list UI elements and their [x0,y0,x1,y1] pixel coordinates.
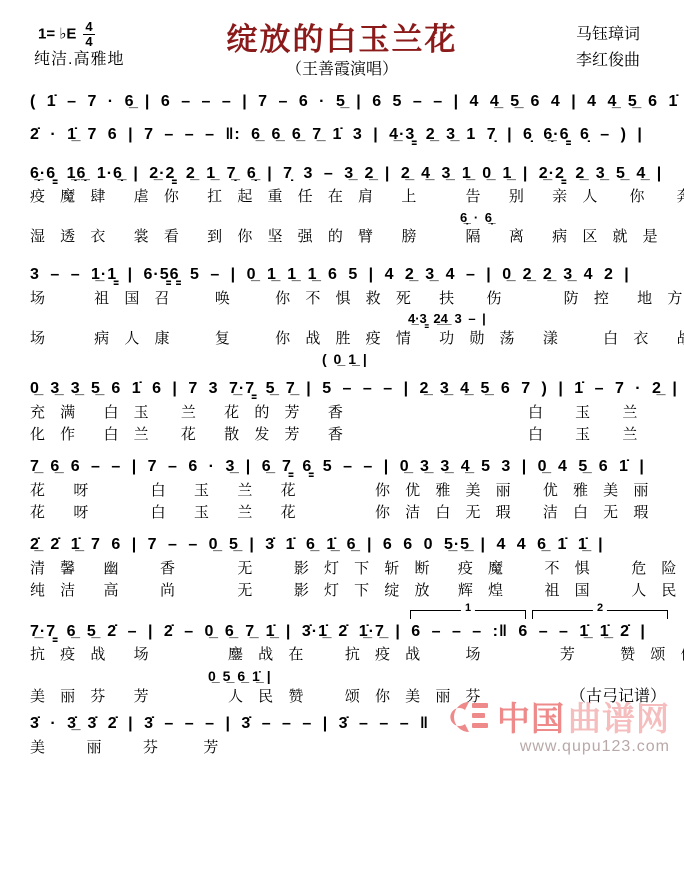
music-line: 6̲̣·6̳̣ 1̲̣6̲̣ 1·6̲̣ | 2̲·2̳ 2̲ 1̲ 7̲̣ 6… [30,162,674,187]
lyrics-line-verse1: 清 馨 幽 香 无 影 灯 下 斩 断 疫 魔 不 惧 危 险 鏖 战 在 [30,558,674,581]
lyricist-credit: 马钰璋词 [576,22,640,48]
system-5: 0̲ 3̲ 3̲ 5̲ 6 1̇ 6 | 7 3 7̲·7̳ 5̲ 7̲ | 5… [30,377,674,447]
song-title: 绽放的白玉兰花 [10,14,674,59]
system-4: 3 – – 1̲·1̳ | 6·5̳6̳ 5 – | 0̲ 1̲ 1̲ 1̲ 6… [30,263,674,369]
watermark-area: （古弓记谱） 中国曲谱网 www.qupu123.com [448,683,670,756]
music-line: ( 1̇ – 7 · 6̲ | 6 – – – | 7 – 6 · 5̲ | 6… [30,90,674,115]
music-line: 0̲ 3̲ 3̲ 5̲ 6 1̇ 6 | 7 3 7̲·7̳ 5̲ 7̲ | 5… [30,377,674,402]
performer-credit: （王善霞演唱） [10,56,674,79]
lyrics-line-verse2: 纯 洁 高 尚 无 影 灯 下 绽 放 辉 煌 祖 国 人 民 赞 颂 你 [30,580,674,603]
system-3: 6̲̣·6̳̣ 1̲̣6̲̣ 1·6̲̣ | 2̲·2̳ 2̲ 1̲ 7̲̣ 6… [30,162,674,249]
volta-bracket-1: 1 [410,610,526,619]
lyrics-line-verse1: 抗 疫 战 场 鏖 战 在 抗 疫 战 场 芳 赞 颂 你 [30,644,674,667]
lyrics-line-verse2: 花 呀 白 玉 兰 花 你 洁 白 无 瑕 洁 白 无 瑕 [30,502,674,525]
volta-bracket-2: 2 [532,610,668,619]
volta-number-1: 1 [461,603,475,614]
ossia-notes: 6̲̣ · 6̲̣ [460,209,674,227]
sheet-header: 1= ♭E44 纯洁.高雅地 绽放的白玉兰花 （王善霞演唱） 马钰璋词 李红俊曲 [10,12,674,90]
credits-block: 马钰璋词 李红俊曲 [576,22,640,73]
music-line: 7̲·7̳ 6̲ 5̲ 2̇ – | 2̇ – 0̲ 6̲ 7̲ 1̲̇ | 3… [30,620,674,645]
system-1: ( 1̇ – 7 · 6̲ | 6 – – – | 7 – 6 · 5̲ | 6… [30,90,674,115]
transcriber-note: （古弓记谱） [448,683,666,706]
lyrics-line-verse2: 场 病 人 康 复 你 战 胜 疫 情 功 勋 荡 漾 白 衣 战 士 [30,328,674,351]
music-line: 2̲̇ 2̇ 1̲̇ 7 6 | 7 – – 0̲ 5̲ | 3̇ 1̇ 6̲ … [30,533,674,558]
lyrics-line-verse2: 湿 透 衣 裳 看 到 你 坚 强 的 臂 膀 隔 离 病 区 就 是 厮 杀 … [30,226,674,249]
sheet-music-page: 1= ♭E44 纯洁.高雅地 绽放的白玉兰花 （王善霞演唱） 马钰璋词 李红俊曲… [0,0,684,760]
pickup-notes: ( 0̲ 1̲ | [322,350,674,369]
system-7: 2̲̇ 2̇ 1̲̇ 7 6 | 7 – – 0̲ 5̲ | 3̇ 1̇ 6̲ … [30,533,674,603]
composer-credit: 李红俊曲 [576,48,640,74]
music-line: 7̲ 6̲ 6 – – | 7 – 6 · 3̲ | 6̲ 7̳ 6̳ 5 – … [30,455,674,480]
ossia-notes: 4̲·3̳ 2̲4̲ 3 – | [408,310,674,328]
lyrics-line-verse1: 花 呀 白 玉 兰 花 你 优 雅 美 丽 优 雅 美 丽 [30,480,674,503]
lyrics-line-verse1: 疫 魔 肆 虐 你 扛 起 重 任 在 肩 上 告 别 亲 人 你 奔 赴 无 … [30,186,674,209]
system-6: 7̲ 6̲ 6 – – | 7 – 6 · 3̲ | 6̲ 7̳ 6̳ 5 – … [30,455,674,525]
music-line: 3 – – 1̲·1̳ | 6·5̳6̳ 5 – | 0̲ 1̲ 1̲ 1̲ 6… [30,263,674,288]
music-line: 2̇ · 1̲̇ 7 6 | 7 – – – ‖: 6̲ 6̲ 6̲ 7̲ 1̇… [30,123,674,148]
lyrics-line-verse1: 充 满 白 玉 兰 花 的 芳 香 白 玉 兰 [30,402,674,425]
lyrics-line-verse2: 化 作 白 兰 花 散 发 芳 香 白 玉 兰 [30,424,674,447]
lyrics-line-verse1: 场 祖 国 召 唤 你 不 惧 救 死 扶 伤 防 控 地 方 [30,288,674,311]
volta-number-2: 2 [593,603,607,614]
volta-row: 1 2 [30,607,674,620]
watermark-url: www.qupu123.com [448,738,670,756]
system-2: 2̇ · 1̲̇ 7 6 | 7 – – – ‖: 6̲ 6̲ 6̲ 7̲ 1̇… [30,123,674,148]
